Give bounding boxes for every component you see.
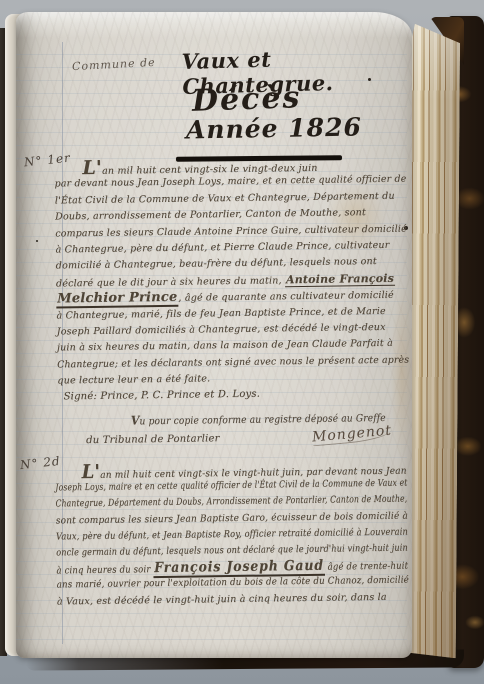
line-text: , âgé de quarante ans cultivateur domici… (178, 290, 394, 304)
register-page: Commune de Vaux et Chantegrue. Décès Ann… (16, 12, 412, 658)
line-text: à cinq heures du soir (56, 564, 153, 576)
underlined-name: Antoine François (285, 271, 395, 287)
year-title: Année 1826 (186, 112, 362, 144)
line-text: déclaré que le dit jour à six heures du … (56, 275, 285, 289)
underlined-name: Melchior Prince (56, 290, 178, 309)
line-text: âgé de trente-huit (325, 561, 409, 573)
entry-1-act-text: L'an mil huit cent vingt-six le vingt-de… (54, 156, 409, 407)
photo-of-death-register-book: Commune de Vaux et Chantegrue. Décès Ann… (0, 0, 484, 684)
entry-2-act-text: L'an mil huit cent vingt-six le vingt-hu… (55, 460, 409, 611)
ink-speck (36, 240, 38, 242)
manuscript-line: Vu pour copie conforme au registre dépos… (86, 408, 357, 431)
